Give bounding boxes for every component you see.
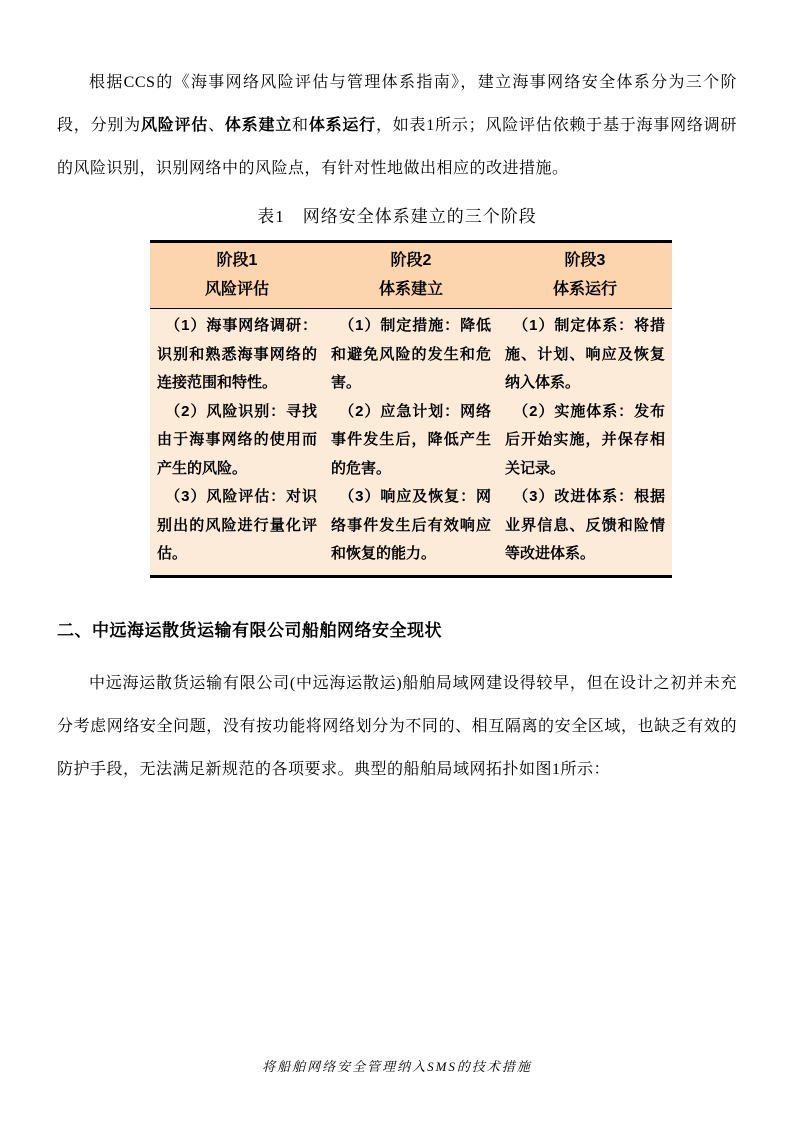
stage-table: 阶段1 风险评估 阶段2 体系建立 阶段3 体系运行 （1）	[150, 240, 672, 578]
stage2-item-1: （1）制定措施：降低和避免风险的发生和危害。	[331, 312, 491, 398]
intro-bold-system-operation: 体系运行	[309, 117, 376, 134]
stage-table-header-row: 阶段1 风险评估 阶段2 体系建立 阶段3 体系运行	[150, 242, 672, 309]
stage1-item-2: （2）风险识别：寻找由于海事网络的使用而产生的风险。	[157, 398, 317, 484]
stage2-item-2: （2）应急计划：网络事件发生后，降低产生的危害。	[331, 398, 491, 484]
body-cell-stage2: （1）制定措施：降低和避免风险的发生和危害。 （2）应急计划：网络事件发生后，降…	[324, 309, 498, 577]
stage1-label: 阶段1	[150, 246, 324, 275]
table-caption: 表1 网络安全体系建立的三个阶段	[57, 204, 737, 230]
stage2-item-3: （3）响应及恢复：网络事件发生后有效响应和恢复的能力。	[331, 483, 491, 569]
body-cell-stage1: （1）海事网络调研：识别和熟悉海事网络的连接范围和特性。 （2）风险识别：寻找由…	[150, 309, 324, 577]
header-cell-stage1: 阶段1 风险评估	[150, 242, 324, 309]
stage3-label: 阶段3	[498, 246, 672, 275]
header-cell-stage2: 阶段2 体系建立	[324, 242, 498, 309]
stage-table-header: 阶段1 风险评估 阶段2 体系建立 阶段3 体系运行	[150, 242, 672, 309]
stage3-item-1: （1）制定体系：将措施、计划、响应及恢复纳入体系。	[505, 312, 665, 398]
stage3-name: 体系运行	[498, 275, 672, 304]
stage3-item-3: （3）改进体系：根据业界信息、反馈和险情等改进体系。	[505, 483, 665, 569]
document-page: 根据CCS的《海事网络风险评估与管理体系指南》，建立海事网络安全体系分为三个阶段…	[0, 0, 794, 1123]
stage2-label: 阶段2	[324, 246, 498, 275]
page-content: 根据CCS的《海事网络风险评估与管理体系指南》，建立海事网络安全体系分为三个阶段…	[0, 0, 794, 791]
stage1-item-3: （3）风险评估：对识别出的风险进行量化评估。	[157, 483, 317, 569]
intro-bold-system-build: 体系建立	[225, 117, 292, 134]
stage-table-body-row: （1）海事网络调研：识别和熟悉海事网络的连接范围和特性。 （2）风险识别：寻找由…	[150, 309, 672, 577]
status-paragraph: 中远海运散货运输有限公司(中远海运散运)船舶局域网建设得较早，但在设计之初并未充…	[57, 662, 737, 791]
stage3-item-2: （2）实施体系：发布后开始实施，并保存相关记录。	[505, 398, 665, 484]
intro-text-2: 、	[208, 117, 225, 134]
section-heading: 二、中远海运散货运输有限公司船舶网络安全现状	[57, 619, 737, 642]
footer-title: 将船舶网络安全管理纳入SMS的技术措施	[0, 1056, 794, 1075]
stage-table-body: （1）海事网络调研：识别和熟悉海事网络的连接范围和特性。 （2）风险识别：寻找由…	[150, 309, 672, 577]
stage1-name: 风险评估	[150, 275, 324, 304]
stage2-name: 体系建立	[324, 275, 498, 304]
body-cell-stage3: （1）制定体系：将措施、计划、响应及恢复纳入体系。 （2）实施体系：发布后开始实…	[498, 309, 672, 577]
intro-text-3: 和	[292, 117, 309, 134]
intro-bold-risk-assessment: 风险评估	[141, 117, 208, 134]
header-cell-stage3: 阶段3 体系运行	[498, 242, 672, 309]
intro-paragraph: 根据CCS的《海事网络风险评估与管理体系指南》，建立海事网络安全体系分为三个阶段…	[57, 0, 737, 190]
stage1-item-1: （1）海事网络调研：识别和熟悉海事网络的连接范围和特性。	[157, 312, 317, 398]
